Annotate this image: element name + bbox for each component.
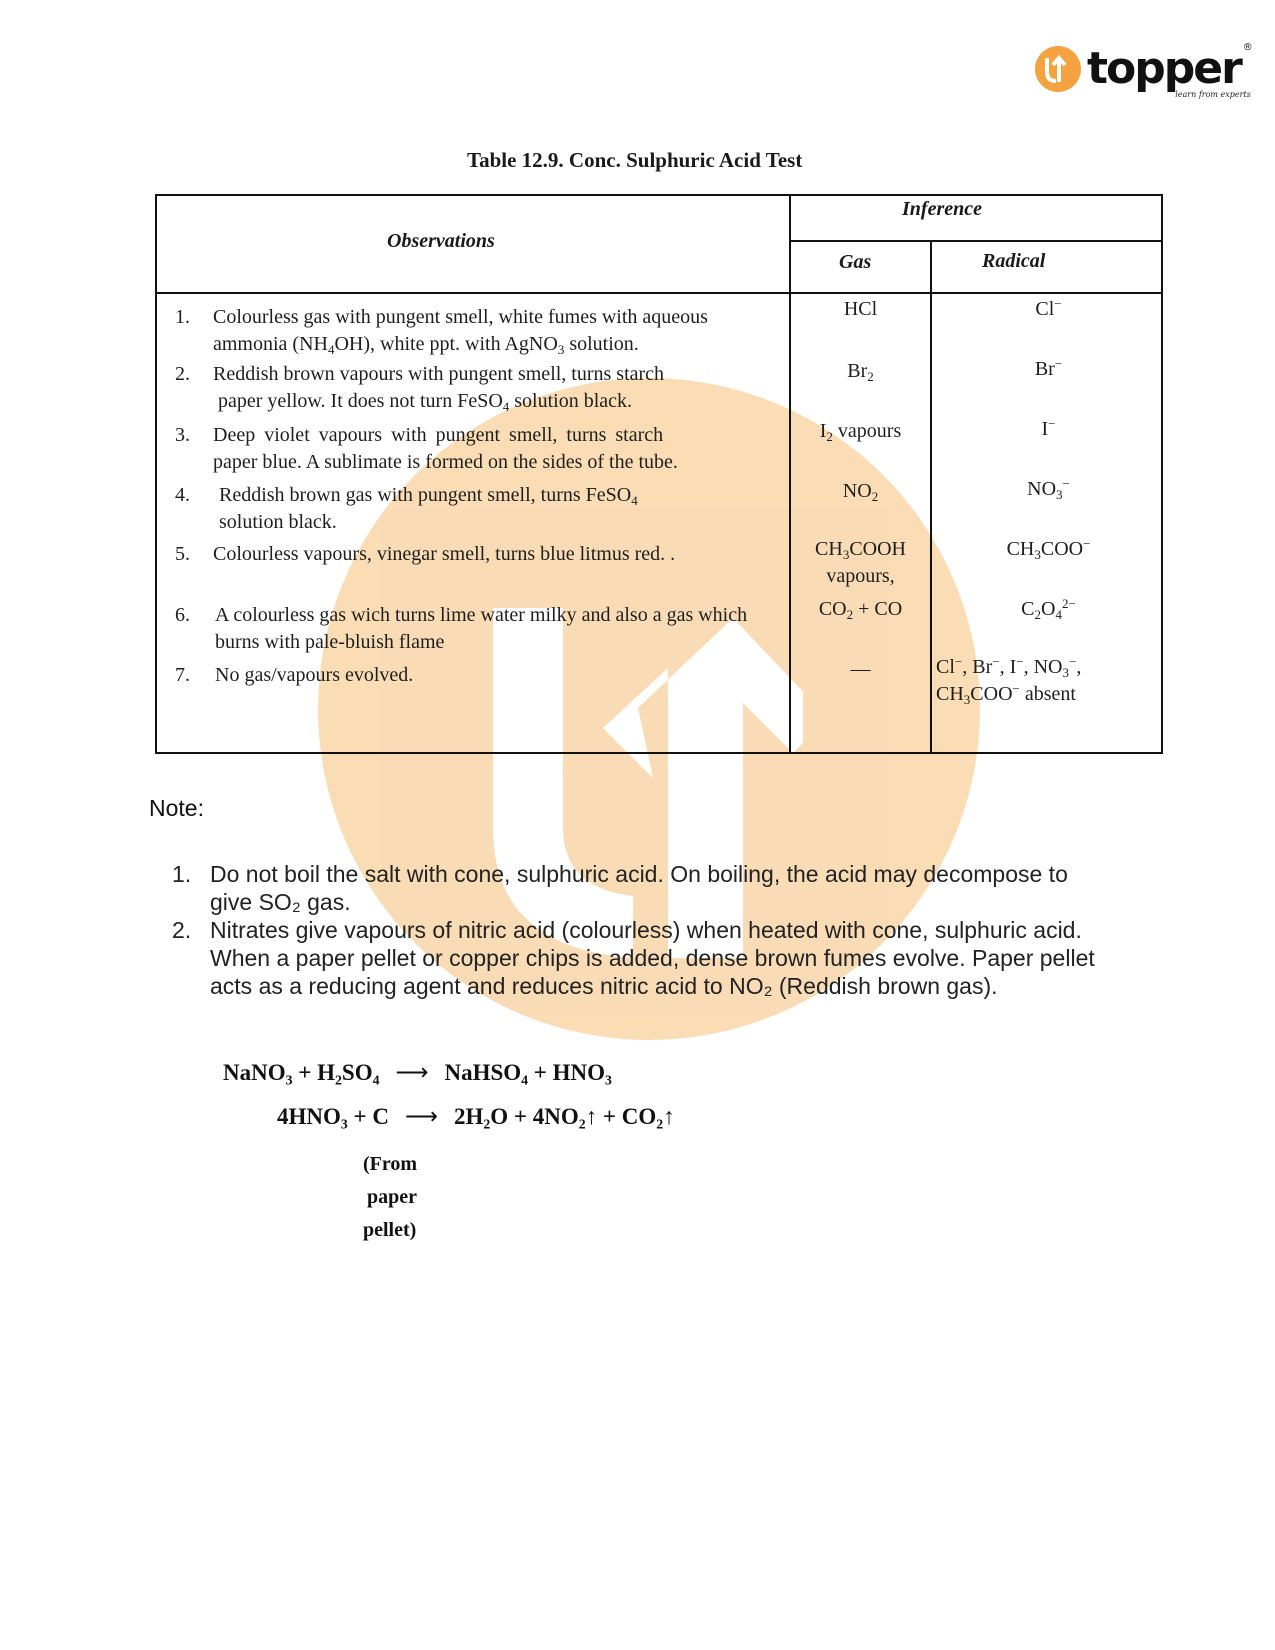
- sulphuric-acid-test-table: Observations Inference Gas Radical 1. Co…: [155, 194, 1163, 754]
- equation-2: 4HNO₃ + C⟶2H₂O + 4NO₂↑ + CO₂↑: [277, 1104, 675, 1130]
- radical-cell: NO3−: [932, 476, 1165, 503]
- observation-text: No gas/vapours evolved.: [215, 662, 785, 689]
- logo-tagline: learn from experts: [1175, 90, 1251, 99]
- reaction-arrow-icon: ⟶: [395, 1060, 428, 1086]
- radical-cell: C2O42−: [932, 596, 1165, 623]
- note-item: 2. Nitrates give vapours of nitric acid …: [172, 916, 1112, 1000]
- header-gas: Gas: [839, 251, 871, 274]
- gas-cell: Br2: [791, 358, 930, 385]
- radical-cell: Br−: [932, 356, 1165, 383]
- gas-cell: I2 vapours: [791, 418, 930, 445]
- note-item: 1. Do not boil the salt with cone, sulph…: [172, 860, 1112, 916]
- header-radical: Radical: [982, 250, 1045, 273]
- radical-cell: Cl−, Br−, I−, NO3−,CH3COO− absent: [936, 654, 1165, 708]
- note-text: Do not boil the salt with cone, sulphuri…: [210, 861, 1068, 915]
- row-divider: [789, 240, 1161, 242]
- gas-cell: —: [791, 656, 930, 683]
- topper-logo[interactable]: topper ® learn from experts: [1035, 46, 1241, 92]
- notes-list: 1. Do not boil the salt with cone, sulph…: [172, 860, 1112, 1000]
- table-title: Table 12.9. Conc. Sulphuric Acid Test: [467, 148, 802, 173]
- header-divider: [157, 292, 1161, 294]
- header-observations: Observations: [387, 230, 495, 253]
- observation-text: A colourless gas wich turns lime water m…: [215, 602, 785, 656]
- equation-1: NaNO₃ + H₂SO₄⟶NaHSO₄ + HNO₃: [223, 1060, 612, 1086]
- equation-annotation: (From paper pellet): [363, 1148, 417, 1247]
- observation-text: Colourless gas with pungent smell, white…: [213, 304, 783, 358]
- registered-mark: ®: [1243, 42, 1253, 53]
- gas-cell: CH3COOHvapours,: [791, 536, 930, 590]
- gas-cell: HCl: [791, 296, 930, 323]
- radical-cell: I−: [932, 416, 1165, 443]
- header-inference: Inference: [902, 198, 982, 221]
- radical-cell: Cl−: [932, 296, 1165, 323]
- note-heading: Note:: [149, 795, 204, 822]
- reaction-arrow-icon: ⟶: [405, 1104, 438, 1130]
- note-text: Nitrates give vapours of nitric acid (co…: [210, 917, 1095, 999]
- radical-cell: CH3COO−: [932, 536, 1165, 563]
- gas-cell: CO2 + CO: [791, 596, 930, 623]
- gas-cell: NO2: [791, 478, 930, 505]
- topper-u-arrow-icon: [1035, 46, 1081, 92]
- logo-wordmark: topper: [1087, 46, 1241, 92]
